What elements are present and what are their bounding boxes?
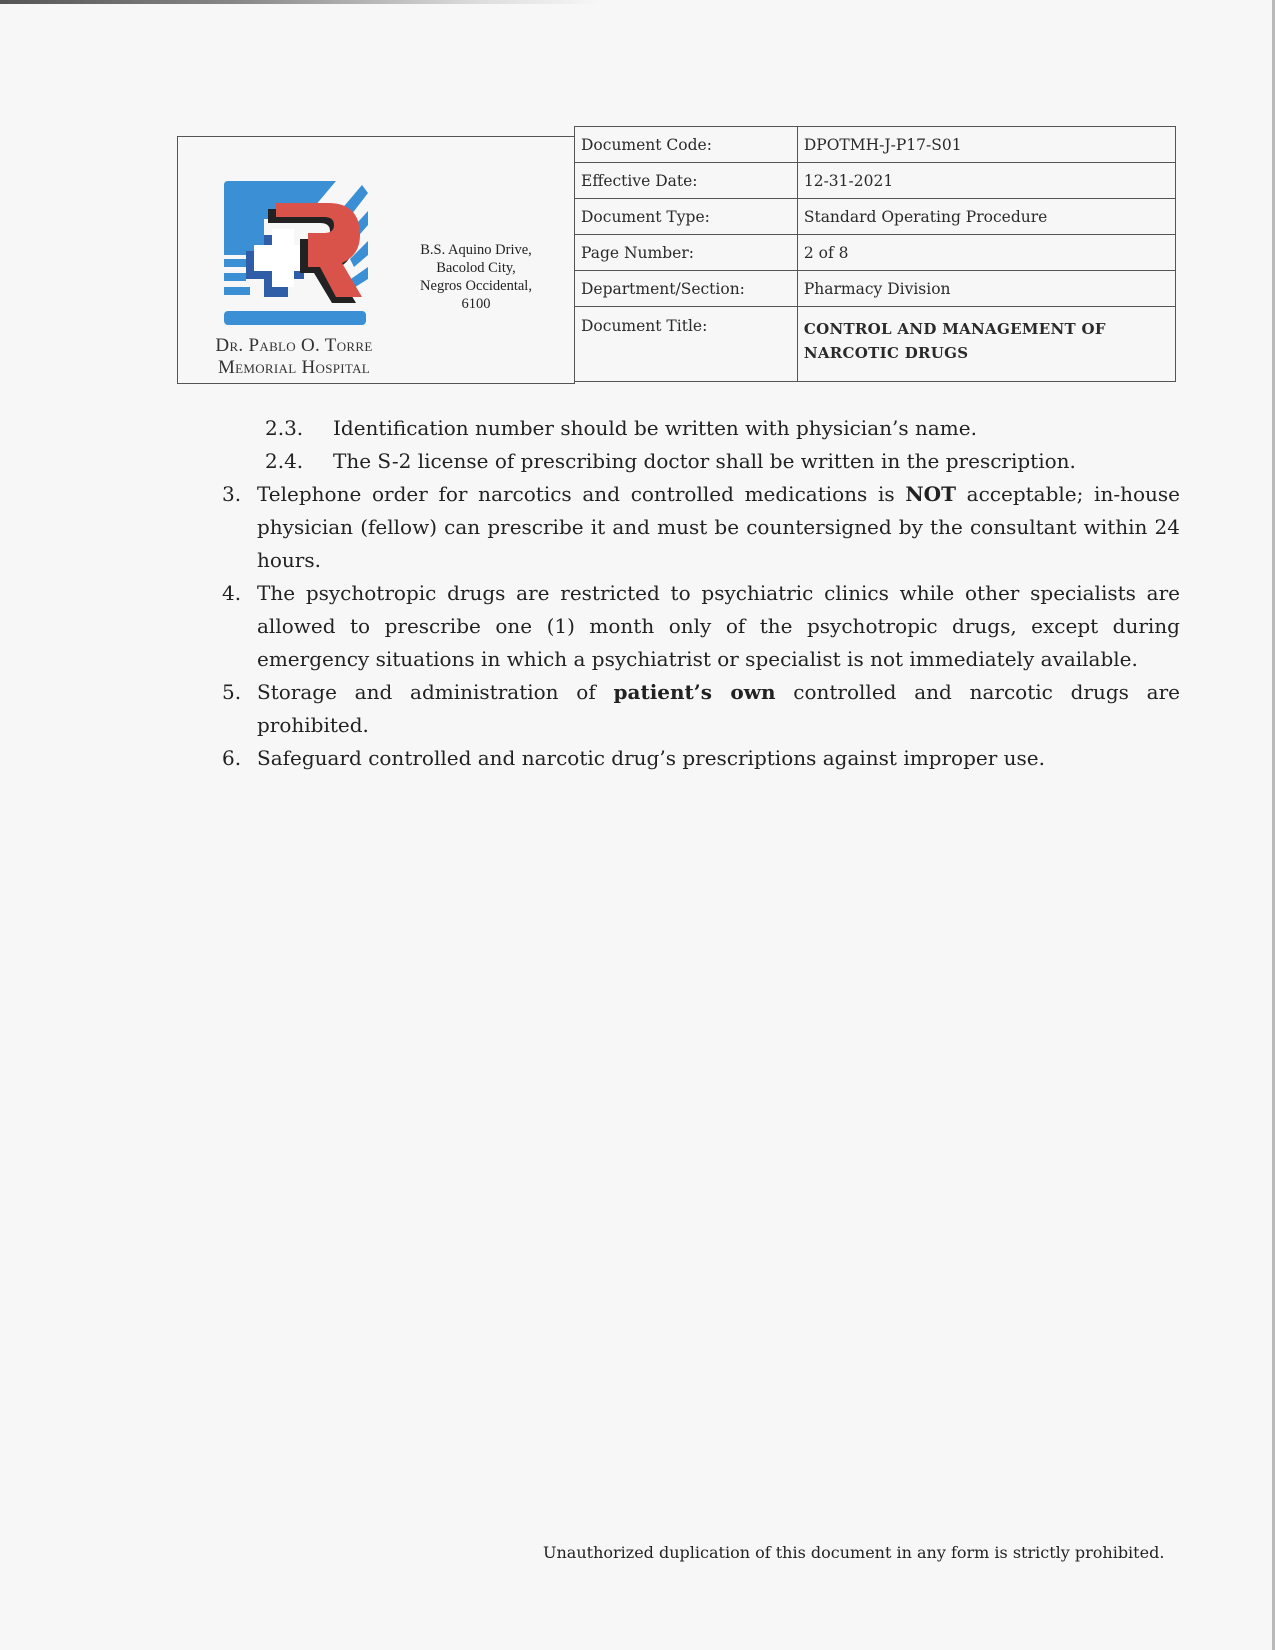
item-text: The psychotropic drugs are restricted to… bbox=[257, 581, 1180, 671]
info-label: Document Type: bbox=[575, 199, 798, 235]
item-number: 4. bbox=[222, 577, 241, 610]
footer-notice: Unauthorized duplication of this documen… bbox=[543, 1543, 1183, 1562]
list-item-2-4: 2.4. The S-2 license of prescribing doct… bbox=[222, 445, 1180, 478]
item-text-emphasis: patient’s own bbox=[614, 680, 776, 704]
hospital-name-line-1: Dr. Pablo O. Torre bbox=[184, 335, 404, 357]
list-item-6: 6. Safeguard controlled and narcotic dru… bbox=[222, 742, 1180, 775]
info-row-document-title: Document Title: CONTROL AND MANAGEMENT O… bbox=[575, 307, 1176, 382]
document-title-line-2: NARCOTIC DRUGS bbox=[804, 341, 1169, 365]
address-line: B.S. Aquino Drive, bbox=[396, 241, 556, 259]
item-text-before: Storage and administration of bbox=[257, 680, 614, 704]
item-text-emphasis: NOT bbox=[905, 482, 956, 506]
procedure-content: 2.3. Identification number should be wri… bbox=[222, 412, 1180, 775]
hospital-name: Dr. Pablo O. Torre Memorial Hospital bbox=[184, 335, 404, 379]
info-value: Standard Operating Procedure bbox=[797, 199, 1175, 235]
hospital-name-line-2: Memorial Hospital bbox=[184, 357, 404, 379]
item-number: 3. bbox=[222, 478, 241, 511]
item-number: 2.3. bbox=[265, 412, 303, 445]
info-row-document-code: Document Code: DPOTMH-J-P17-S01 bbox=[575, 127, 1176, 163]
address-line: Negros Occidental, bbox=[396, 277, 556, 295]
info-row-page-number: Page Number: 2 of 8 bbox=[575, 235, 1176, 271]
item-text: Identification number should be written … bbox=[333, 416, 977, 440]
item-number: 6. bbox=[222, 742, 241, 775]
list-item-4: 4. The psychotropic drugs are restricted… bbox=[222, 577, 1180, 676]
document-header: Dr. Pablo O. Torre Memorial Hospital B.S… bbox=[177, 126, 1177, 384]
info-row-effective-date: Effective Date: 12-31-2021 bbox=[575, 163, 1176, 199]
item-number: 2.4. bbox=[265, 445, 303, 478]
document-title-line-1: CONTROL AND MANAGEMENT OF bbox=[804, 317, 1169, 341]
list-item-3: 3. Telephone order for narcotics and con… bbox=[222, 478, 1180, 577]
info-label: Document Title: bbox=[575, 307, 798, 382]
item-number: 5. bbox=[222, 676, 241, 709]
info-row-document-type: Document Type: Standard Operating Proced… bbox=[575, 199, 1176, 235]
info-value: Pharmacy Division bbox=[797, 271, 1175, 307]
scan-edge-top bbox=[0, 0, 600, 4]
address-line: Bacolod City, bbox=[396, 259, 556, 277]
document-info-table: Document Code: DPOTMH-J-P17-S01 Effectiv… bbox=[574, 126, 1176, 382]
info-row-department: Department/Section: Pharmacy Division bbox=[575, 271, 1176, 307]
info-value: 12-31-2021 bbox=[797, 163, 1175, 199]
hospital-address: B.S. Aquino Drive, Bacolod City, Negros … bbox=[396, 241, 556, 313]
hospital-cross-r-logo-icon bbox=[216, 179, 371, 329]
hospital-identity-cell: Dr. Pablo O. Torre Memorial Hospital B.S… bbox=[177, 136, 575, 384]
info-label: Effective Date: bbox=[575, 163, 798, 199]
info-value: 2 of 8 bbox=[797, 235, 1175, 271]
info-label: Page Number: bbox=[575, 235, 798, 271]
address-line: 6100 bbox=[396, 295, 556, 313]
item-text: The S-2 license of prescribing doctor sh… bbox=[333, 449, 1076, 473]
info-label: Document Code: bbox=[575, 127, 798, 163]
document-title: CONTROL AND MANAGEMENT OF NARCOTIC DRUGS bbox=[797, 307, 1175, 382]
list-item-2-3: 2.3. Identification number should be wri… bbox=[222, 412, 1180, 445]
info-label: Department/Section: bbox=[575, 271, 798, 307]
list-item-5: 5. Storage and administration of patient… bbox=[222, 676, 1180, 742]
item-text-before: Telephone order for narcotics and contro… bbox=[257, 482, 905, 506]
item-text: Safeguard controlled and narcotic drug’s… bbox=[257, 746, 1045, 770]
info-value: DPOTMH-J-P17-S01 bbox=[797, 127, 1175, 163]
